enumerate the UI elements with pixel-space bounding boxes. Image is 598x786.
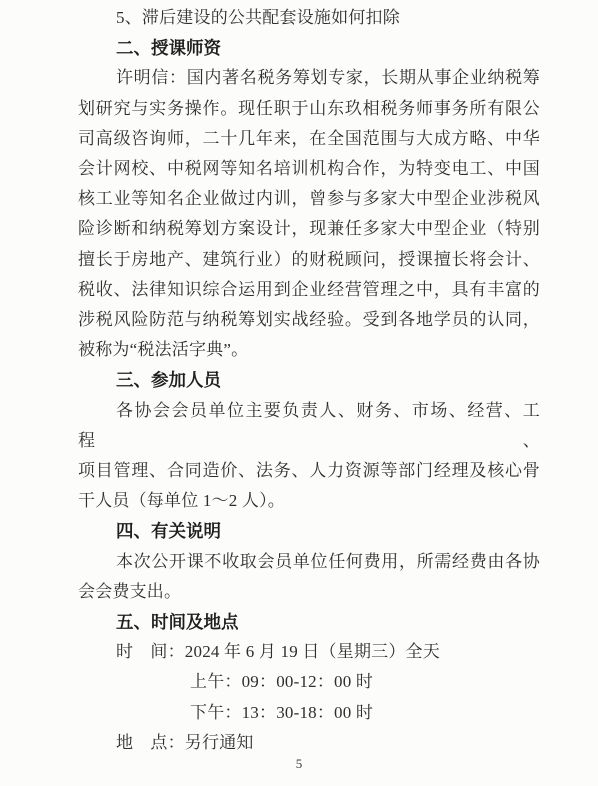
page-content: 5、滞后建设的公共配套设施如何扣除 二、授课师资 许明信：国内著名税务筹划专家，… [78, 3, 540, 758]
text-line: 险诊断和纳税筹划方案设计，现兼任多家大中型企业（特别 [78, 214, 540, 244]
morning-session-line: 上午：09：00-12：00 时 [78, 667, 540, 697]
document-page: 5、滞后建设的公共配套设施如何扣除 二、授课师资 许明信：国内著名税务筹划专家，… [0, 0, 598, 786]
text-line: 司高级咨询师，二十几年来，在全国范围与大成方略、中华 [78, 124, 540, 154]
list-item-deferred-facilities: 5、滞后建设的公共配套设施如何扣除 [78, 3, 540, 33]
heading-instructors: 二、授课师资 [78, 33, 540, 63]
afternoon-session-line: 下午：13：30-18：00 时 [78, 698, 540, 728]
text-line: 涉税风险防范与纳税筹划实战经验。受到各地学员的认同， [78, 305, 540, 335]
text-line: 许明信：国内著名税务筹划专家，长期从事企业纳税筹 [78, 63, 540, 93]
page-number: 5 [0, 756, 598, 772]
text-line: 会会费支出。 [78, 577, 540, 607]
location-line: 地 点：另行通知 [78, 728, 540, 758]
text-line: 被称为“税法活字典”。 [78, 335, 540, 365]
text-line: 本次公开课不收取会员单位任何费用，所需经费由各协 [78, 547, 540, 577]
text-line: 划研究与实务操作。现任职于山东玖相税务师事务所有限公 [78, 94, 540, 124]
text-line: 干人员（每单位 1～2 人）。 [78, 486, 540, 516]
text-line: 会计网校、中税网等知名培训机构合作，为特变电工、中国 [78, 154, 540, 184]
time-line: 时 间：2024 年 6 月 19 日（星期三）全天 [78, 637, 540, 667]
text-line: 项目管理、合同造价、法务、人力资源等部门经理及核心骨 [78, 456, 540, 486]
text-line: 税收、法律知识综合运用到企业经营管理之中，具有丰富的 [78, 275, 540, 305]
text-line: 核工业等知名企业做过内训，曾参与多家大中型企业涉税风 [78, 184, 540, 214]
text-line: 各协会会员单位主要负责人、财务、市场、经营、工程、 [78, 396, 540, 456]
heading-time-location: 五、时间及地点 [78, 607, 540, 637]
text-line: 擅长于房地产、建筑行业）的财税顾问，授课擅长将会计、 [78, 245, 540, 275]
heading-participants: 三、参加人员 [78, 365, 540, 395]
heading-notes: 四、有关说明 [78, 516, 540, 546]
